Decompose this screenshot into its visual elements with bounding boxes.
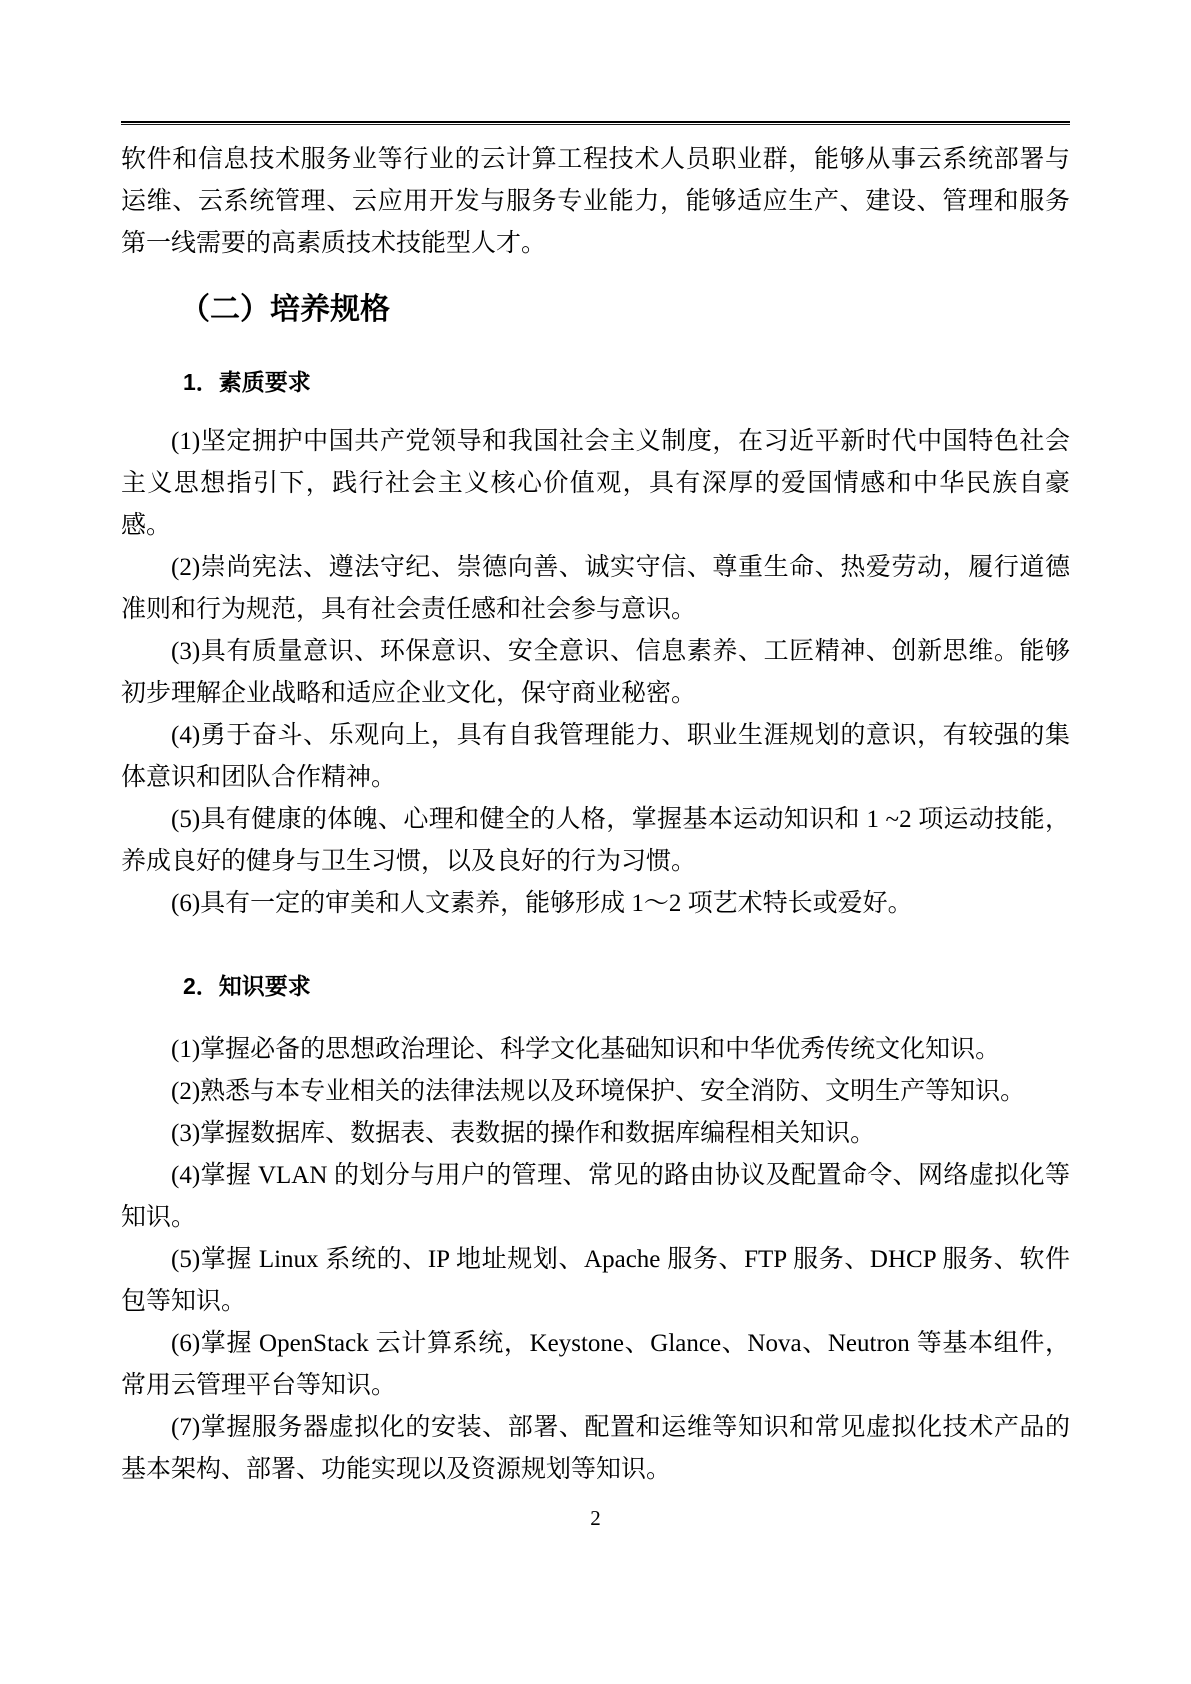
subsection-1-heading: 1．素质要求 bbox=[183, 367, 1070, 397]
quality-requirement-item-2: (2)崇尚宪法、遵法守纪、崇德向善、诚实守信、尊重生命、热爱劳动，履行道德准则和… bbox=[121, 547, 1070, 631]
knowledge-requirement-item-7: (7)掌握服务器虚拟化的安装、部署、配置和运维等知识和常见虚拟化技术产品的基本架… bbox=[121, 1407, 1070, 1491]
knowledge-requirement-item-2: (2)熟悉与本专业相关的法律法规以及环境保护、安全消防、文明生产等知识。 bbox=[121, 1071, 1070, 1113]
section-heading: （二）培养规格 bbox=[180, 291, 1070, 329]
quality-requirement-item-6: (6)具有一定的审美和人文素养，能够形成 1～2 项艺术特长或爱好。 bbox=[121, 883, 1070, 925]
knowledge-requirement-item-1: (1)掌握必备的思想政治理论、科学文化基础知识和中华优秀传统文化知识。 bbox=[121, 1029, 1070, 1071]
quality-requirement-item-5: (5)具有健康的体魄、心理和健全的人格，掌握基本运动知识和 1 ~2 项运动技能… bbox=[121, 799, 1070, 883]
header-rule bbox=[121, 121, 1070, 125]
page-number: 2 bbox=[0, 1506, 1191, 1531]
subsection-2-heading: 2．知识要求 bbox=[183, 971, 1070, 1001]
quality-requirement-item-3: (3)具有质量意识、环保意识、安全意识、信息素养、工匠精神、创新思维。能够初步理… bbox=[121, 631, 1070, 715]
intro-paragraph: 软件和信息技术服务业等行业的云计算工程技术人员职业群，能够从事云系统部署与运维、… bbox=[121, 139, 1070, 265]
knowledge-requirement-item-5: (5)掌握 Linux 系统的、IP 地址规划、Apache 服务、FTP 服务… bbox=[121, 1239, 1070, 1323]
quality-requirement-item-4: (4)勇于奋斗、乐观向上，具有自我管理能力、职业生涯规划的意识，有较强的集体意识… bbox=[121, 715, 1070, 799]
document-page: 软件和信息技术服务业等行业的云计算工程技术人员职业群，能够从事云系统部署与运维、… bbox=[0, 0, 1191, 1684]
knowledge-requirement-item-4: (4)掌握 VLAN 的划分与用户的管理、常见的路由协议及配置命令、网络虚拟化等… bbox=[121, 1155, 1070, 1239]
knowledge-requirement-item-6: (6)掌握 OpenStack 云计算系统，Keystone、Glance、No… bbox=[121, 1323, 1070, 1407]
quality-requirement-item-1: (1)坚定拥护中国共产党领导和我国社会主义制度，在习近平新时代中国特色社会主义思… bbox=[121, 421, 1070, 547]
knowledge-requirement-item-3: (3)掌握数据库、数据表、表数据的操作和数据库编程相关知识。 bbox=[121, 1113, 1070, 1155]
